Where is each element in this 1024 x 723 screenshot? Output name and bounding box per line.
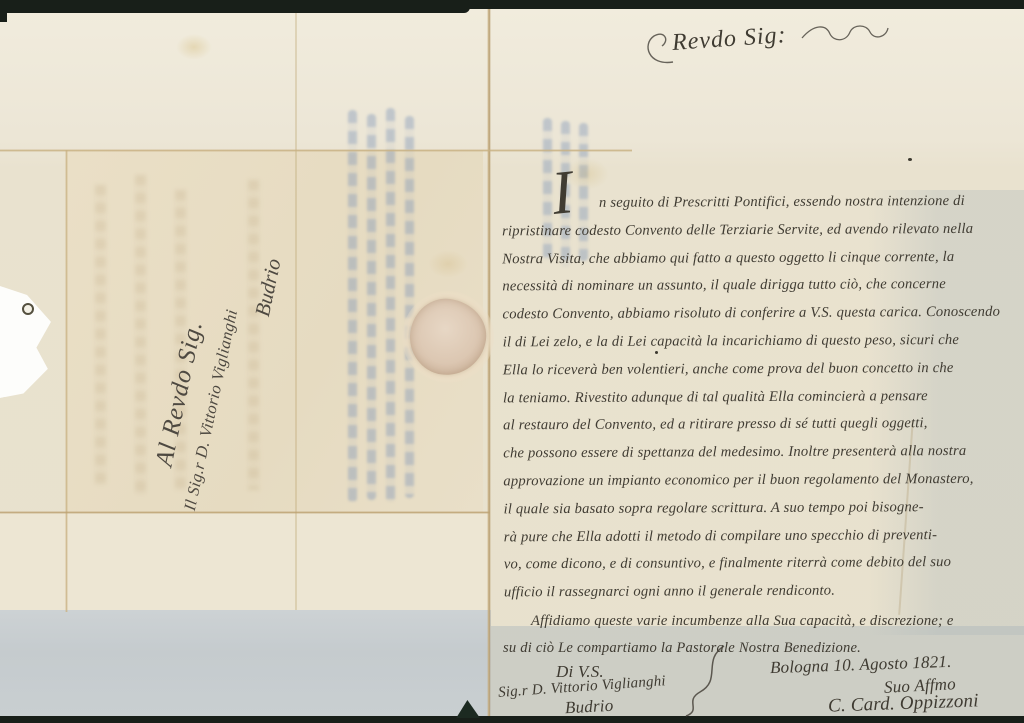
scanner-edge bbox=[0, 0, 1024, 9]
paper-stain bbox=[176, 34, 212, 60]
paper-lower-band bbox=[0, 513, 490, 613]
scanned-letter-page: Al Revdo Sig. Il Sig.r D. Vittorio Vigli… bbox=[0, 0, 1024, 723]
letter-line: il di Lei zelo, e la di Lei capacità la … bbox=[503, 332, 1021, 363]
paper-stain bbox=[428, 250, 468, 278]
ink-bleed-through bbox=[95, 185, 106, 485]
letter-line: necessità di nominare un assunto, il qua… bbox=[502, 276, 1020, 307]
letter-body: n seguito di Prescritti Pontifici, essen… bbox=[502, 193, 1022, 613]
letter-line: approvazione un impianto economico per i… bbox=[503, 471, 1021, 502]
letter-line: vo, come dicono, e di consuntivo, e fina… bbox=[504, 554, 1022, 585]
letter-line: Ella lo riceverà ben volentieri, anche c… bbox=[503, 359, 1021, 390]
bleed-through-text-column bbox=[386, 108, 395, 502]
letter-line: la teniamo. Rivestito adunque di tal qua… bbox=[503, 387, 1021, 418]
letter-line: codesto Convento, abbiamo risoluto di co… bbox=[502, 304, 1020, 335]
salutation-flourish-icon bbox=[800, 20, 890, 46]
paraph-flourish-icon bbox=[672, 642, 732, 720]
letter-line: al restauro del Convento, ed a ritirare … bbox=[503, 415, 1021, 446]
letter-line: che possono essere di spettanza del mede… bbox=[503, 443, 1021, 474]
letter-line: ripristinare codesto Convento delle Terz… bbox=[502, 220, 1020, 251]
bleed-through-text-column bbox=[367, 114, 376, 500]
letter-line: il quale sia basato sopra regolare scrit… bbox=[504, 498, 1022, 529]
letter-line: rà pure che Ella adotti il metodo di com… bbox=[504, 526, 1022, 557]
punch-hole bbox=[22, 303, 34, 315]
scanner-edge bbox=[0, 0, 7, 22]
gray-shadow-band-left bbox=[0, 610, 491, 717]
bleed-through-text-column bbox=[348, 110, 357, 502]
letter-line: Nostra Visita, che abbiamo qui fatto a q… bbox=[502, 248, 1020, 279]
letter-line: ufficio il rassegnarci ogni anno il gene… bbox=[504, 582, 1022, 613]
horizontal-fold-crease bbox=[0, 149, 632, 152]
letter-line: n seguito di Prescritti Pontifici, essen… bbox=[502, 193, 1020, 224]
letter-line: Affidiamo queste varie incumbenze alla S… bbox=[503, 613, 1021, 640]
scanner-edge bbox=[0, 716, 1024, 723]
vertical-fold-crease bbox=[65, 150, 68, 612]
center-fold-crease bbox=[487, 8, 491, 717]
ink-speck bbox=[908, 158, 912, 161]
addressee-place: Budrio bbox=[565, 696, 614, 719]
salutation-flourish-icon bbox=[640, 28, 676, 68]
ink-bleed-through bbox=[135, 175, 146, 495]
